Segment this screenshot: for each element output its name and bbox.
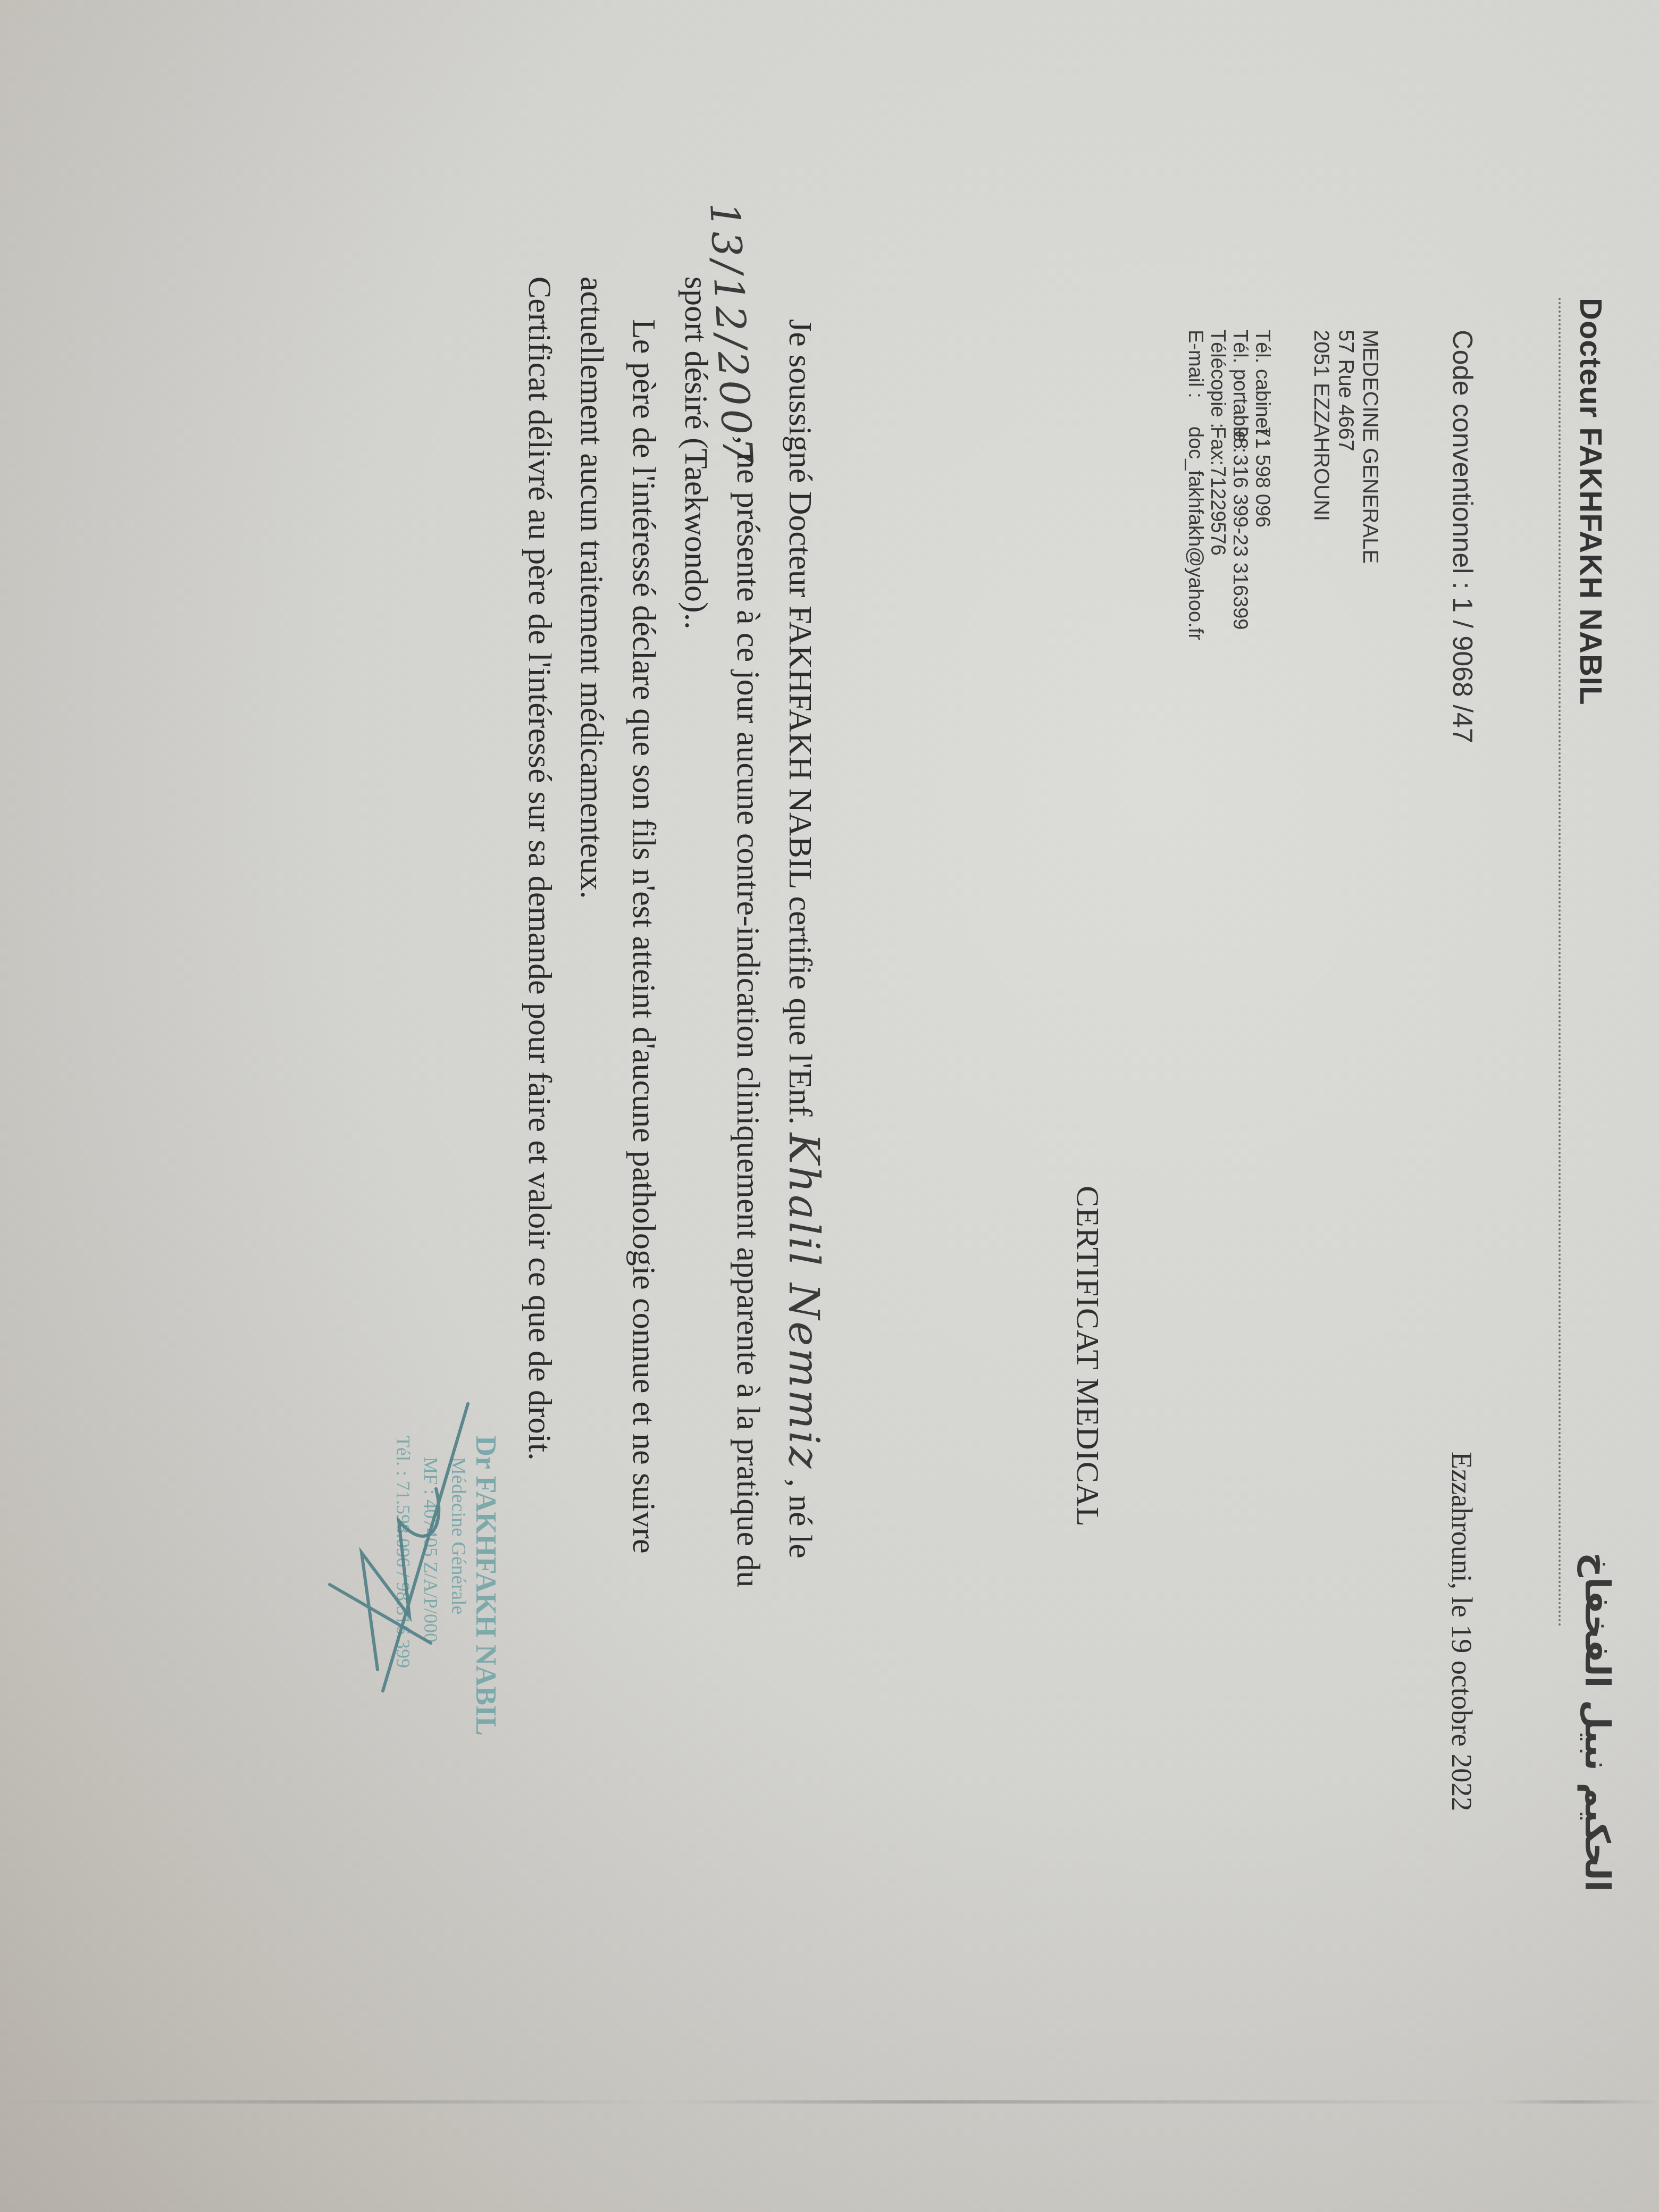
contact-value: 71 598 096 (1251, 420, 1273, 527)
signature-icon (314, 1393, 489, 1765)
contact-label: Tél. cabinet : (1251, 330, 1273, 420)
contact-value: doc_fakhfakh@yahoo.fr (1184, 420, 1206, 640)
contact-value: Fax:71229576 (1206, 420, 1229, 556)
body-line-1: Je soussigné Docteur FAKHFAKH NABIL cert… (774, 276, 829, 1898)
contact-row-cabinet: Tél. cabinet : 71 598 096 (1251, 330, 1273, 640)
contact-label: Tél. portable : (1229, 330, 1251, 420)
handwritten-child-name: Khalil Nemmiz (780, 1133, 827, 1470)
body-line-3: sport désiré (Taekwondo).. (670, 276, 722, 1898)
contact-value: 98 316 399-23 316399 (1229, 420, 1251, 630)
header-left: Docteur FAKHFAKH NABIL (1573, 298, 1608, 705)
street: 57 Rue 4667 (1334, 330, 1358, 564)
doctor-name: Docteur FAKHFAKH NABIL (1573, 298, 1608, 705)
contact-row-fax: Télécopie : Fax:71229576 (1206, 330, 1229, 640)
contact-label: Télécopie : (1206, 330, 1229, 420)
contact-row-email: E-mail : doc_fakhfakh@yahoo.fr (1184, 330, 1206, 640)
contact-row-portable: Tél. portable : 98 316 399-23 316399 (1229, 330, 1251, 640)
certificate-page: Docteur FAKHFAKH NABIL الحكيم نبيل الفخف… (0, 0, 1659, 2212)
contact-label: E-mail : (1184, 330, 1206, 420)
body-text: , né le (782, 1479, 818, 1559)
body-line-5: actuellement aucun traitement médicament… (566, 276, 618, 1898)
doctor-name-arabic: الحكيم نبيل الفخفاخ (1577, 1553, 1616, 1892)
certificate-body: Je soussigné Docteur FAKHFAKH NABIL cert… (514, 276, 829, 1898)
code-conventionnel: Code conventionnel : 1 / 9068 /47 (1446, 330, 1478, 743)
specialty: MEDECINE GENERALE (1358, 330, 1382, 564)
certificate-title: CERTIFICAT MEDICAL (1069, 1186, 1106, 1527)
header-divider (1559, 298, 1561, 1627)
body-line-6: Certificat délivré au père de l'intéress… (514, 276, 566, 1898)
address-block: MEDECINE GENERALE 57 Rue 4667 2051 EZZAH… (1309, 330, 1382, 564)
body-text: Je soussigné Docteur FAKHFAKH NABIL cert… (782, 319, 818, 1125)
paper-edge (0, 2100, 1659, 2104)
body-line-2: , ne présente à ce jour aucune contre-in… (722, 276, 774, 1898)
body-line-4: Le père de l'intéressé déclare que son f… (618, 276, 670, 1898)
city: 2051 EZZAHROUNI (1309, 330, 1334, 564)
contact-block: Tél. cabinet : 71 598 096 Tél. portable … (1184, 330, 1273, 640)
place-date: Ezzahrouni, le 19 octobre 2022 (1445, 1452, 1478, 1811)
